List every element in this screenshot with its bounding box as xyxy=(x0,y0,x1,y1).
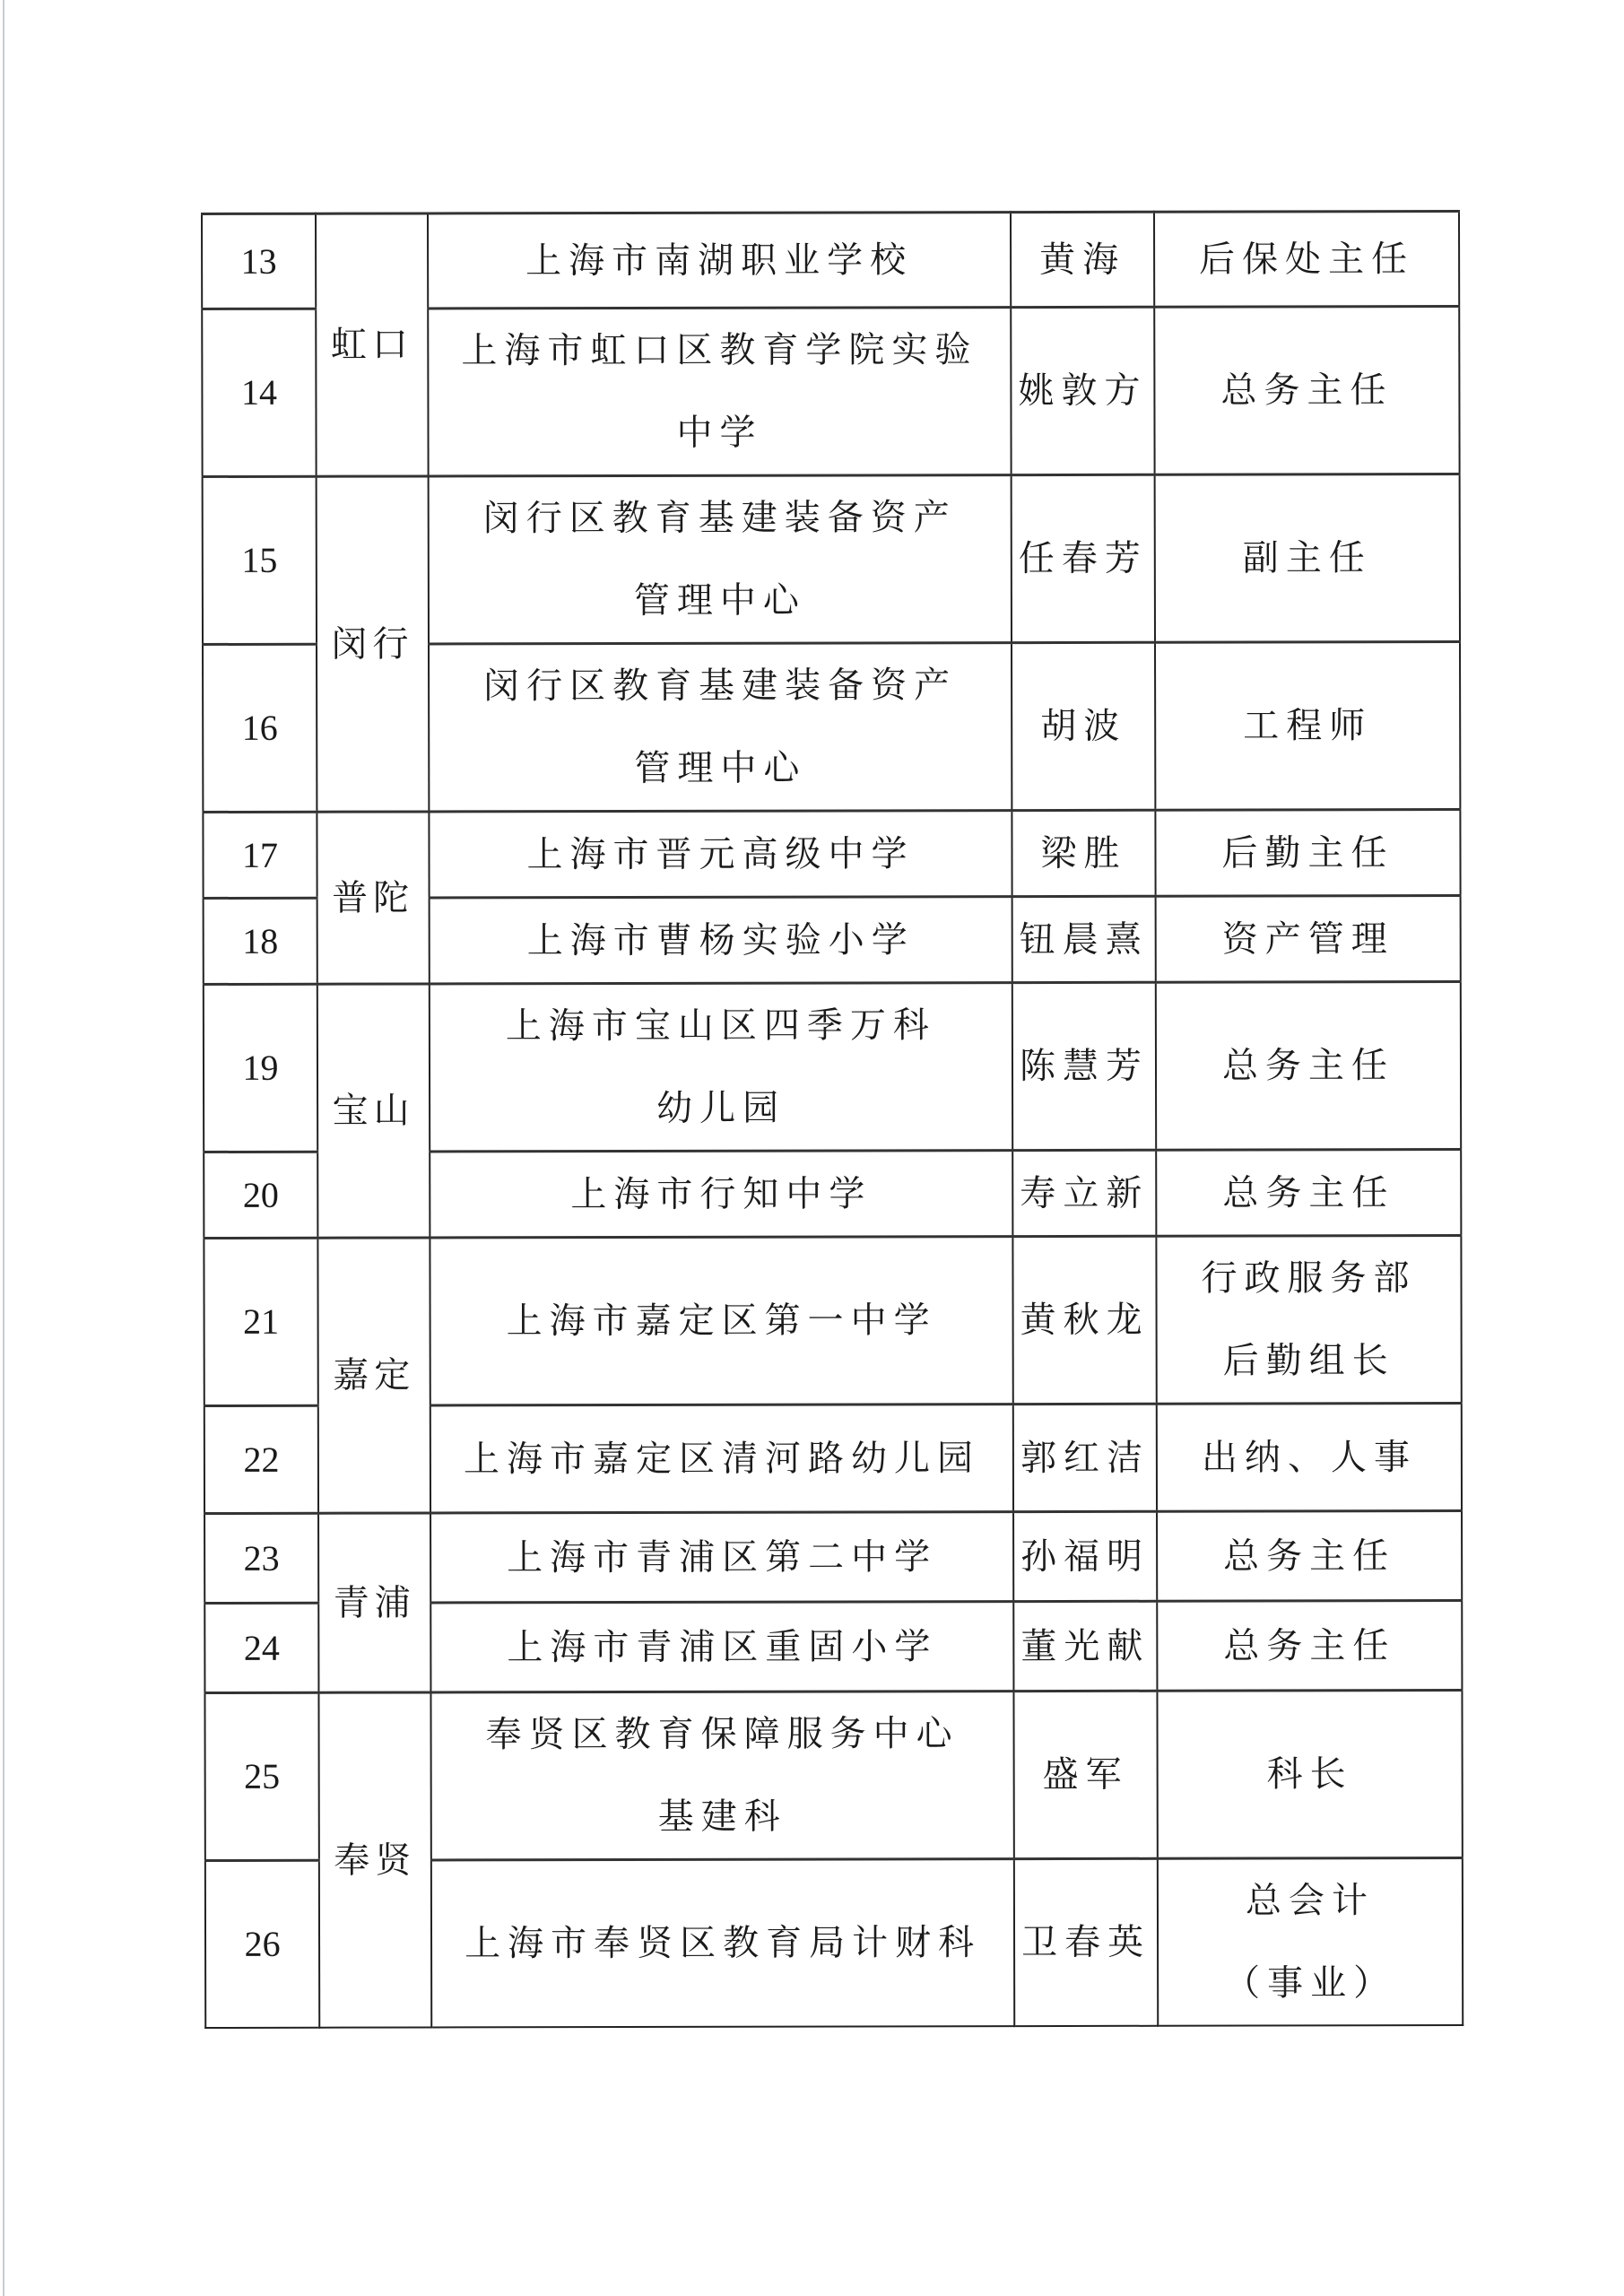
row-number: 15 xyxy=(203,476,317,644)
title-line: 工程师 xyxy=(1156,684,1459,768)
name-cell: 卫春英 xyxy=(1014,1858,1158,2026)
district-cell: 闵行 xyxy=(317,476,430,812)
name-cell: 任春芳 xyxy=(1012,474,1155,642)
name-cell: 孙福明 xyxy=(1013,1511,1157,1601)
name-cell: 黄海 xyxy=(1011,212,1154,307)
title-cell: 总务主任 xyxy=(1156,982,1461,1151)
name-cell: 陈慧芳 xyxy=(1012,982,1156,1150)
name-cell: 黄秋龙 xyxy=(1012,1236,1156,1404)
row-number: 25 xyxy=(204,1692,318,1860)
title-cell: 总会计（事业） xyxy=(1158,1858,1463,2026)
unit-cell: 奉贤区教育保障服务中心基建科 xyxy=(430,1692,1013,1860)
table-row: 17 普陀 上海市晋元高级中学 梁胜 后勤主任 xyxy=(203,810,1460,899)
title-line: 总务主任 xyxy=(1155,349,1458,432)
district-cell: 虹口 xyxy=(316,213,429,476)
unit-line: 基建科 xyxy=(432,1775,1013,1858)
row-number: 21 xyxy=(204,1238,317,1405)
unit-line: 管理中心 xyxy=(430,559,1011,642)
title-cell: 后勤主任 xyxy=(1155,810,1460,897)
unit-cell: 上海市晋元高级中学 xyxy=(429,811,1012,898)
district-cell: 青浦 xyxy=(318,1513,430,1692)
unit-cell: 上海市行知中学 xyxy=(430,1151,1012,1238)
row-number: 13 xyxy=(202,213,316,309)
row-number: 26 xyxy=(205,1860,319,2028)
title-line: 科长 xyxy=(1159,1733,1462,1816)
row-number: 17 xyxy=(203,812,317,898)
row-number: 18 xyxy=(204,898,317,984)
row-number: 22 xyxy=(204,1405,318,1513)
name-cell: 姚敦方 xyxy=(1011,307,1154,474)
table-row: 23 青浦 上海市青浦区第二中学 孙福明 总务主任 xyxy=(204,1511,1462,1604)
title-line: 出纳、人事 xyxy=(1158,1416,1461,1500)
staff-list-table: 13 虹口 上海市南湖职业学校 黄海 后保处主任 14 上海市虹口区教育学院实验… xyxy=(201,210,1463,2029)
row-number: 19 xyxy=(204,984,317,1152)
unit-line: 管理中心 xyxy=(430,726,1011,810)
row-number: 20 xyxy=(204,1152,317,1238)
unit-cell: 上海市青浦区第二中学 xyxy=(430,1512,1013,1603)
district-cell: 普陀 xyxy=(317,812,429,984)
name-cell: 钮晨熹 xyxy=(1012,896,1156,982)
unit-cell: 上海市南湖职业学校 xyxy=(428,213,1011,309)
unit-line: 幼儿园 xyxy=(430,1066,1012,1150)
title-cell: 总务主任 xyxy=(1154,307,1459,475)
unit-line: 上海市奉贤区教育局计财科 xyxy=(432,1901,1013,1985)
title-line: 副主任 xyxy=(1156,517,1459,600)
unit-cell: 上海市嘉定区第一中学 xyxy=(430,1237,1012,1405)
name-cell: 盛军 xyxy=(1013,1691,1157,1858)
title-line: 后保处主任 xyxy=(1155,218,1458,301)
title-line: 总务主任 xyxy=(1157,1152,1460,1235)
title-cell: 出纳、人事 xyxy=(1157,1404,1462,1512)
district-cell: 宝山 xyxy=(317,984,430,1238)
name-cell: 董光献 xyxy=(1013,1601,1157,1691)
title-cell: 总务主任 xyxy=(1156,1150,1461,1237)
unit-cell: 闵行区教育基建装备资产管理中心 xyxy=(429,475,1012,644)
title-cell: 后保处主任 xyxy=(1154,212,1459,308)
title-line: 后勤主任 xyxy=(1156,812,1459,895)
title-line: （事业） xyxy=(1159,1942,1462,2025)
unit-line: 上海市曹杨实验小学 xyxy=(430,899,1012,982)
title-line: 行政服务部 xyxy=(1157,1237,1460,1320)
table-row: 19 宝山 上海市宝山区四季万科幼儿园 陈慧芳 总务主任 xyxy=(204,982,1461,1152)
table-row: 21 嘉定 上海市嘉定区第一中学 黄秋龙 行政服务部后勤组长 xyxy=(204,1236,1461,1406)
unit-line: 闵行区教育基建装备资产 xyxy=(430,476,1011,560)
unit-line: 上海市青浦区重固小学 xyxy=(431,1605,1012,1689)
name-cell: 寿立新 xyxy=(1012,1150,1156,1236)
table-row: 25 奉贤 奉贤区教育保障服务中心基建科 盛军 科长 xyxy=(204,1691,1462,1861)
title-cell: 资产管理 xyxy=(1156,896,1461,983)
unit-line: 上海市青浦区第二中学 xyxy=(431,1516,1012,1599)
title-line: 总务主任 xyxy=(1158,1515,1461,1598)
unit-line: 上海市嘉定区清河路幼儿园 xyxy=(431,1417,1012,1500)
unit-cell: 闵行区教育基建装备资产管理中心 xyxy=(429,643,1012,812)
unit-line: 上海市宝山区四季万科 xyxy=(430,984,1012,1067)
title-line: 总务主任 xyxy=(1158,1605,1461,1688)
title-line: 总会计 xyxy=(1159,1859,1462,1943)
unit-line: 闵行区教育基建装备资产 xyxy=(430,644,1011,727)
row-number: 14 xyxy=(202,309,316,476)
unit-line: 上海市嘉定区第一中学 xyxy=(430,1279,1012,1362)
name-cell: 郭红洁 xyxy=(1013,1404,1157,1511)
unit-cell: 上海市宝山区四季万科幼儿园 xyxy=(430,983,1012,1152)
row-number: 24 xyxy=(204,1603,318,1692)
district-cell: 嘉定 xyxy=(317,1238,430,1513)
unit-cell: 上海市奉贤区教育局计财科 xyxy=(431,1859,1014,2028)
title-cell: 行政服务部后勤组长 xyxy=(1156,1236,1461,1405)
title-cell: 副主任 xyxy=(1155,474,1460,643)
unit-cell: 上海市嘉定区清河路幼儿园 xyxy=(430,1405,1013,1513)
row-number: 23 xyxy=(204,1513,318,1603)
unit-cell: 上海市虹口区教育学院实验中学 xyxy=(428,308,1011,476)
unit-line: 上海市晋元高级中学 xyxy=(430,813,1011,896)
district-cell: 奉贤 xyxy=(318,1692,431,2028)
unit-cell: 上海市曹杨实验小学 xyxy=(430,897,1012,984)
unit-line: 上海市虹口区教育学院实验 xyxy=(429,309,1010,392)
title-line: 总务主任 xyxy=(1157,1024,1460,1108)
unit-cell: 上海市青浦区重固小学 xyxy=(430,1602,1013,1692)
table-row: 15 闵行 闵行区教育基建装备资产管理中心 任春芳 副主任 xyxy=(203,474,1460,645)
title-cell: 总务主任 xyxy=(1157,1601,1462,1692)
name-cell: 胡波 xyxy=(1012,642,1155,810)
title-cell: 总务主任 xyxy=(1157,1511,1462,1602)
table-row: 13 虹口 上海市南湖职业学校 黄海 后保处主任 xyxy=(202,212,1459,309)
unit-line: 上海市南湖职业学校 xyxy=(429,219,1010,302)
scan-page-edge xyxy=(3,0,4,2296)
unit-line: 上海市行知中学 xyxy=(430,1152,1012,1236)
title-line: 后勤组长 xyxy=(1158,1319,1461,1403)
title-cell: 工程师 xyxy=(1155,642,1460,811)
name-cell: 梁胜 xyxy=(1012,810,1155,896)
title-cell: 科长 xyxy=(1157,1691,1462,1859)
row-number: 16 xyxy=(203,644,317,812)
unit-line: 中学 xyxy=(429,391,1010,474)
unit-line: 奉贤区教育保障服务中心 xyxy=(431,1692,1012,1776)
title-line: 资产管理 xyxy=(1157,898,1460,981)
